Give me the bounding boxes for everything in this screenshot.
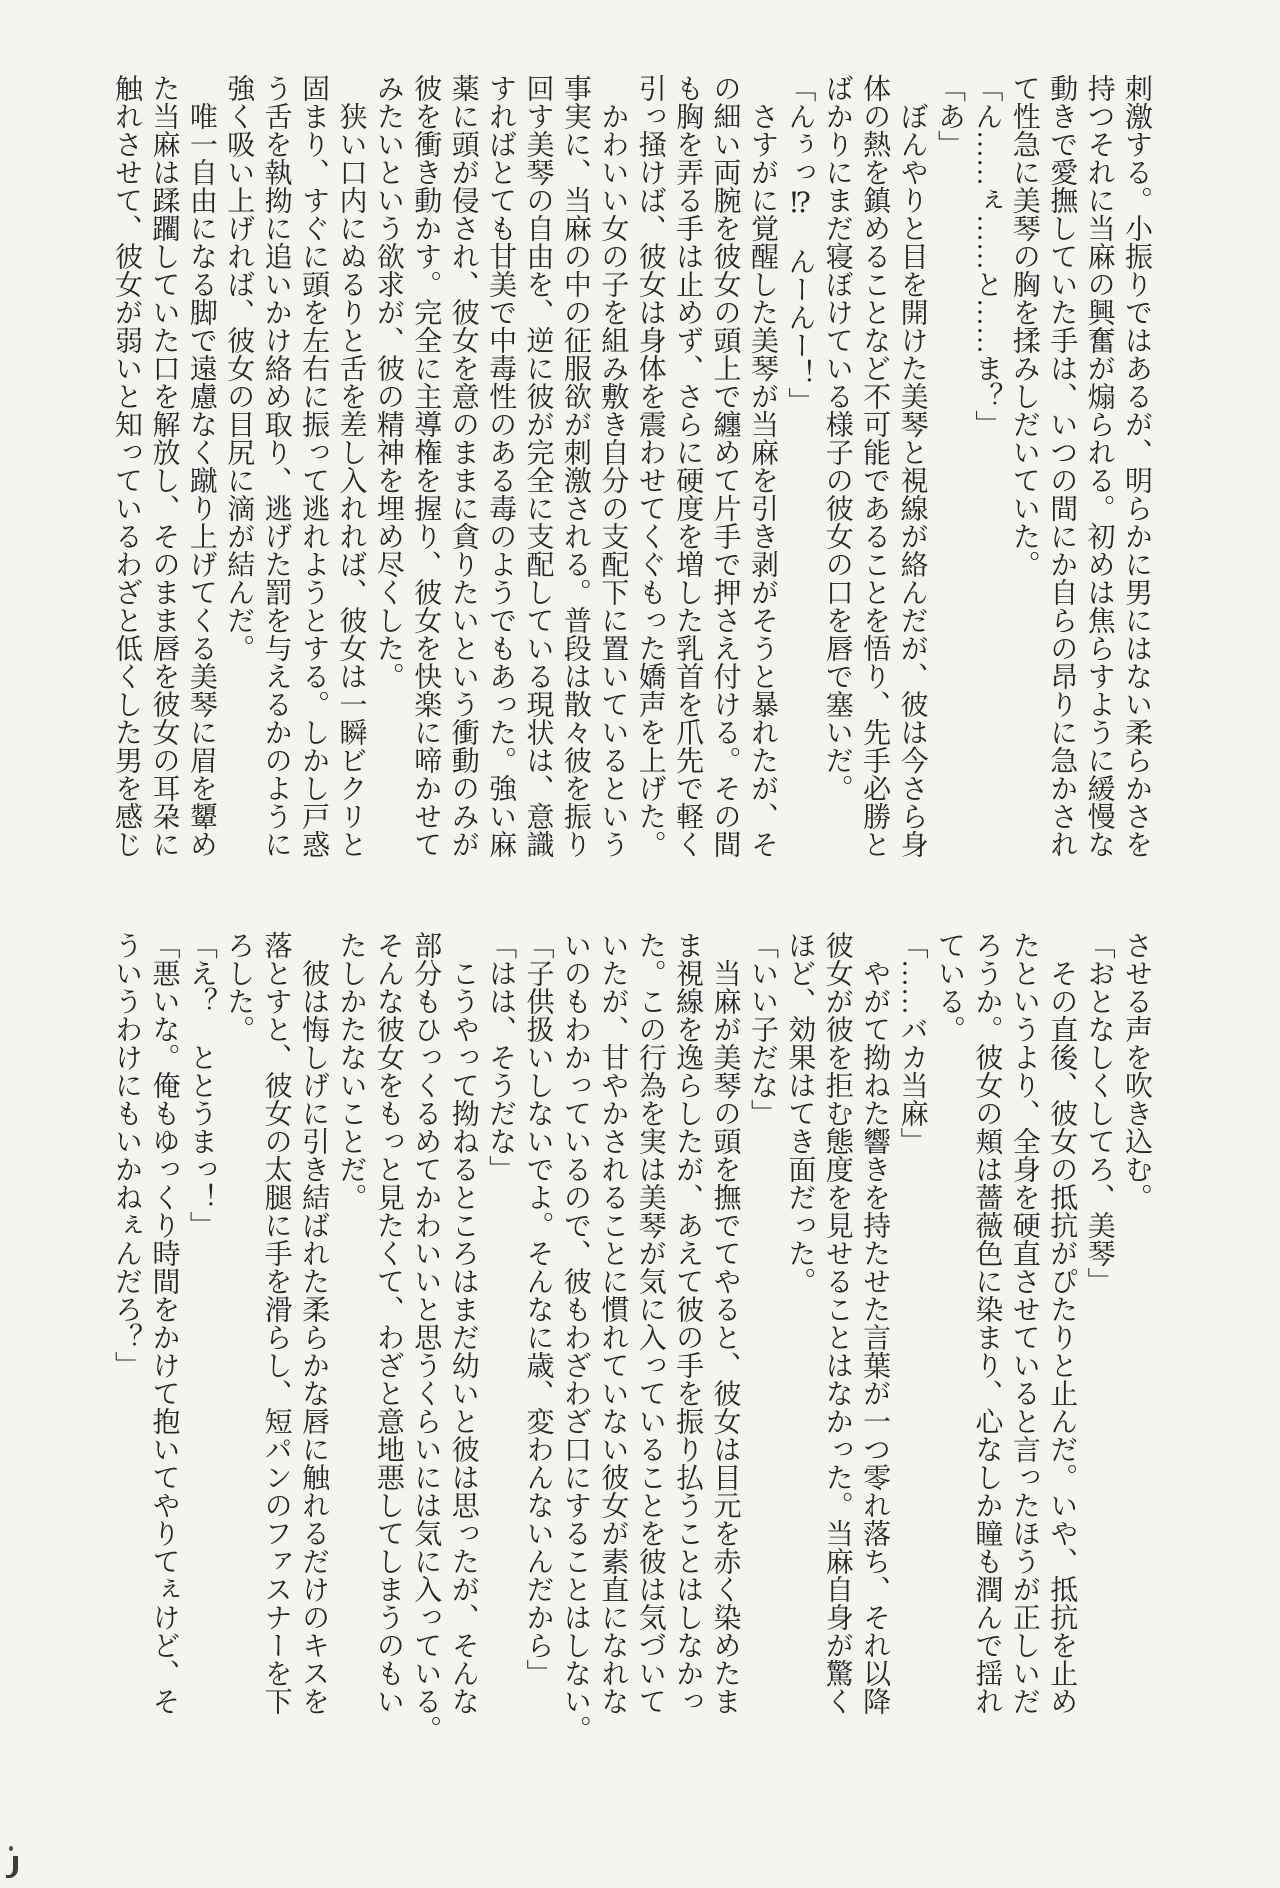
text-column: た。この行為を実は美琴が気に入っていることを彼は気づいて <box>631 931 668 1743</box>
text-column: 唯一自由になる脚で遠慮なく蹴り上げてくる美琴に眉を顰め <box>182 74 219 858</box>
text-column: ぼんやりと目を開けた美琴と視線が絡んだが、彼は今さら身 <box>893 74 930 858</box>
text-block-top: 刺激する。小振りではあるが、明らかに男にはない柔らかさを持つそれに当麻の興奮が煽… <box>108 74 1155 858</box>
text-column: ろした。 <box>220 931 257 1743</box>
text-column: 彼は悔しげに引き結ばれた柔らかな唇に触れるだけのキスを <box>295 931 332 1743</box>
text-column: も胸を弄る手は止めず、さらに硬度を増した乳首を爪先で軽く <box>669 74 706 858</box>
text-column: 体の熱を鎮めることなど不可能であることを悟り、先手必勝と <box>856 74 893 858</box>
text-column: いたが、甘やかされることに慣れていない彼女が素直になれな <box>594 931 631 1743</box>
text-column: さすがに覚醒した美琴が当麻を引き剥がそうと暴れたが、そ <box>744 74 781 858</box>
text-column: 「悪いな。俺もゆっくり時間をかけて抱いてやりてぇけど、そ <box>145 931 182 1743</box>
text-column: 落とすと、彼女の太腿に手を滑らし、短パンのファスナーを下 <box>257 931 294 1743</box>
text-column: 「え？ ととうまっ！」 <box>182 931 219 1743</box>
text-column: 回す美琴の自由を、逆に彼が完全に支配している現状は、意識 <box>519 74 556 858</box>
text-column: 「あ」 <box>931 74 968 858</box>
text-column: 彼を衝き動かす。完全に主導権を握り、彼女を快楽に啼かせて <box>407 74 444 858</box>
text-column: て性急に美琴の胸を揉みしだいていた。 <box>1005 74 1042 858</box>
text-column: 薬に頭が侵され、彼女を意のままに貪りたいという衝動のみが <box>444 74 481 858</box>
text-column: 刺激する。小振りではあるが、明らかに男にはない柔らかさを <box>1118 74 1155 858</box>
text-column: ている。 <box>931 931 968 1743</box>
scan-artifact-mark <box>6 1846 18 1880</box>
text-column: いのもわかっているので、彼もわざわざ口にすることはしない。 <box>557 931 594 1743</box>
text-column: 「いい子だな」 <box>744 931 781 1743</box>
text-column: かわいい女の子を組み敷き自分の支配下に置いているという <box>594 74 631 858</box>
text-column: 固まり、すぐに頭を左右に振って逃れようとする。しかし戸惑 <box>295 74 332 858</box>
text-column: やがて拗ねた響きを持たせた言葉が一つ零れ落ち、それ以降 <box>856 931 893 1743</box>
text-column: 「ん……ぇ……と……ま？」 <box>968 74 1005 858</box>
text-column: みたいという欲求が、彼の精神を埋め尽くした。 <box>369 74 406 858</box>
text-column: 触れさせて、彼女が弱いと知っているわざと低くした男を感じ <box>108 74 145 858</box>
text-column: 強く吸い上げれば、彼女の目尻に滴が結んだ。 <box>220 74 257 858</box>
text-block-bottom: させる声を吹き込む。「おとなしくしてろ、美琴」 その直後、彼女の抵抗がぴたりと止… <box>108 931 1155 1743</box>
text-column: た当麻は蹂躙していた口を解放し、そのまま唇を彼女の耳朶に <box>145 74 182 858</box>
text-column: 「はは、そうだな」 <box>482 931 519 1743</box>
text-column: ほど、効果はてき面だった。 <box>781 931 818 1743</box>
text-column: ばかりにまだ寝ぼけている様子の彼女の口を唇で塞いだ。 <box>818 74 855 858</box>
text-column: その直後、彼女の抵抗がぴたりと止んだ。いや、抵抗を止め <box>1043 931 1080 1743</box>
text-column: 狭い口内にぬるりと舌を差し入れれば、彼女は一瞬ビクリと <box>332 74 369 858</box>
text-column: そんな彼女をもっと見たくて、わざと意地悪してしまうのもい <box>369 931 406 1743</box>
text-column: ういうわけにもいかねぇんだろ？」 <box>108 931 145 1743</box>
text-column: こうやって拗ねるところはまだ幼いと彼は思ったが、そんな <box>444 931 481 1743</box>
text-column: ろうか。彼女の頬は薔薇色に染まり、心なしか瞳も潤んで揺れ <box>968 931 1005 1743</box>
scanned-page-body: { "page": { "background_color": "#f4f4f1… <box>0 0 1280 1888</box>
text-column: う舌を執拗に追いかけ絡め取り、逃げた罰を与えるかのように <box>257 74 294 858</box>
text-column: たというより、全身を硬直させていると言ったほうが正しいだ <box>1005 931 1042 1743</box>
text-column: 部分もひっくるめてかわいいと思うくらいには気に入っている。 <box>407 931 444 1743</box>
text-column: すればとても甘美で中毒性のある毒のようでもあった。強い麻 <box>482 74 519 858</box>
text-column: させる声を吹き込む。 <box>1118 931 1155 1743</box>
text-column: 事実に、当麻の中の征服欲が刺激される。普段は散々彼を振り <box>557 74 594 858</box>
text-column: 「んぅっ⁉ んーんー！」 <box>781 74 818 858</box>
text-column: 持つそれに当麻の興奮が煽られる。初めは焦らすように緩慢な <box>1080 74 1117 858</box>
text-column: 当麻が美琴の頭を撫でてやると、彼女は目元を赤く染めたま <box>706 931 743 1743</box>
text-column: たしかたないことだ。 <box>332 931 369 1743</box>
text-column: 「子供扱いしないでよ。そんなに歳、変わんないんだから」 <box>519 931 556 1743</box>
text-column: の細い両腕を彼女の頭上で纏めて片手で押さえ付ける。その間 <box>706 74 743 858</box>
text-column: 動きで愛撫していた手は、いつの間にか自らの昂りに急かされ <box>1043 74 1080 858</box>
text-column: 「……バカ当麻」 <box>893 931 930 1743</box>
text-column: ま視線を逸らしたが、あえて彼の手を振り払うことはしなかっ <box>669 931 706 1743</box>
text-column: 引っ掻けば、彼女は身体を震わせてくぐもった嬌声を上げた。 <box>631 74 668 858</box>
text-column: 「おとなしくしてろ、美琴」 <box>1080 931 1117 1743</box>
text-column: 彼女が彼を拒む態度を見せることはなかった。当麻自身が驚く <box>818 931 855 1743</box>
